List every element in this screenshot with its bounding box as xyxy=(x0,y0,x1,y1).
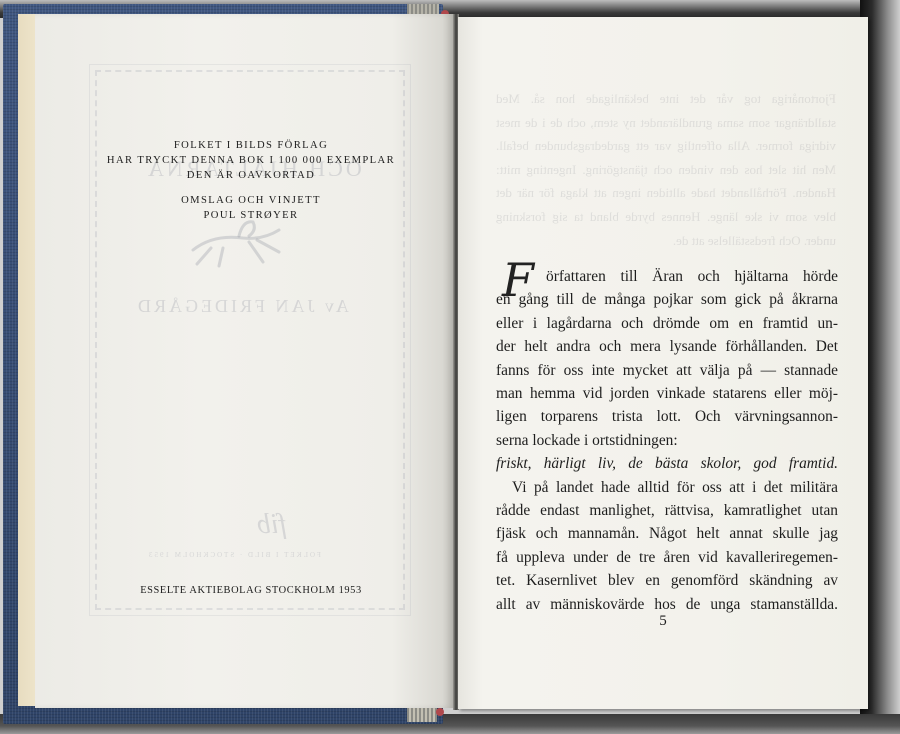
page-number: 5 xyxy=(458,613,868,630)
colophon-line: OMSLAG OCH VINJETT xyxy=(101,193,401,208)
right-page: Fjortonåriga tog vår det inte bekänligad… xyxy=(458,17,868,709)
text-line: få uppleva under de tre åren vid kavalle… xyxy=(496,546,838,569)
printer-imprint: ESSELTE AKTIEBOLAG STOCKHOLM 1953 xyxy=(101,585,401,596)
text-line: fanns för oss inte mycket att välja på —… xyxy=(496,359,838,382)
colophon-line: POUL STRØYER xyxy=(101,208,401,223)
text-line: en gång till de många pojkar som gick på… xyxy=(496,288,838,311)
text-line: eller i lagårdarna och drömde om en fram… xyxy=(496,312,838,335)
cover-tailband xyxy=(407,706,437,722)
body-text: örfattaren till Äran och hjältarna hörde… xyxy=(496,265,838,616)
publisher-logo-icon: fib xyxy=(257,509,287,541)
text-line: Vi på landet hade alltid för oss att i d… xyxy=(496,476,838,499)
text-line: der helt andra och mera lysande förhålla… xyxy=(496,335,838,358)
colophon-line: HAR TRYCKT DENNA BOK I 100 000 EXEMPLAR xyxy=(101,153,401,168)
cover-mark xyxy=(436,708,444,716)
text-line: fjäsk och mannamån. Något helt annat sku… xyxy=(496,522,838,545)
colophon-line: DEN ÄR OAVKORTAD xyxy=(101,168,401,183)
text-line: tet. Kasernlivet blev en genomförd skänd… xyxy=(496,569,838,592)
bleed-through-author: Av JAN FRIDEGÅRD xyxy=(135,296,349,317)
colophon-line: FOLKET I BILDS FÖRLAG xyxy=(101,138,401,153)
text-line: serna lockade i ortstidningen: xyxy=(496,429,838,452)
bleed-through-text: Fjortonåriga tog vår det inte bekänligad… xyxy=(496,87,836,252)
bleed-through-publisher: FOLKET I BILD · STOCKHOLM 1953 xyxy=(147,551,321,559)
text-line: rådde endast manlighet, rättvisa, kamrat… xyxy=(496,499,838,522)
text-line: man hemma vid jorden vinkade statarens e… xyxy=(496,382,838,405)
italic-quote-line: friskt, härligt liv, de bästa skolor, go… xyxy=(496,452,838,475)
left-page: OCH HJÄLTARNA Av JAN FRIDEGÅRD fib FOLKE… xyxy=(35,14,455,708)
text-line: örfattaren till Äran och hjältarna hörde xyxy=(496,265,838,288)
text-line: ligen torparens trista lott. Och värvnin… xyxy=(496,405,838,428)
colophon: FOLKET I BILDS FÖRLAG HAR TRYCKT DENNA B… xyxy=(101,138,401,223)
